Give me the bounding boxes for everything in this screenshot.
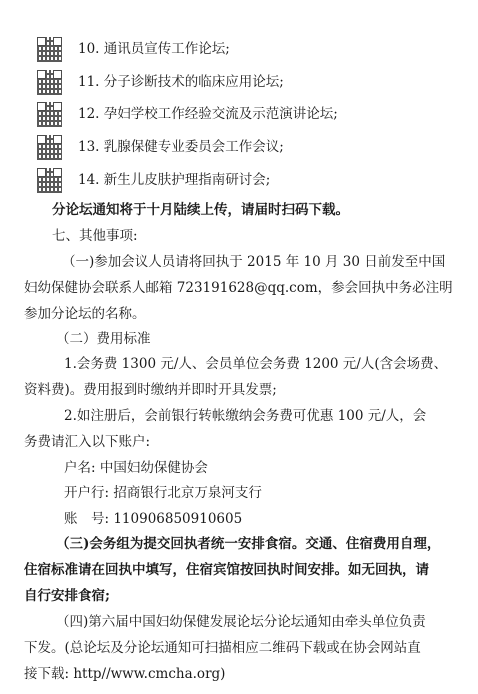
item1-line1: （一)参加会议人员请将回执于 2015 年 10 月 30 日前发至中国 [62,253,445,271]
bank-name: 开户行: 招商银行北京万泉河支行 [64,484,262,502]
forum-notice: 分论坛通知将于十月陆续上传，请届时扫码下载。 [52,201,349,219]
item4-line1: （四)第六届中国妇幼保健发展论坛分论坛通知由牵头单位负责 [56,613,426,631]
qr-code-icon [37,168,62,193]
forum-item-14: 14. 新生儿皮肤护理指南研讨会; [78,171,270,189]
account-number: 账 号: 110906850910605 [64,510,242,528]
forum-item-13: 13. 乳腺保健专业委员会工作会议; [78,138,284,156]
forum-item-11: 11. 分子诊断技术的临床应用论坛; [78,73,284,91]
section-heading: 七、其他事项: [52,227,138,245]
item1-line3: 参加分论坛的名称。 [24,305,146,323]
item3-line3: 自行安排食宿; [24,587,110,605]
item2-p1-line1: 1.会务费 1300 元/人、会员单位会务费 1200 元/人(含会场费、 [64,355,447,373]
account-name: 户名: 中国妇幼保健协会 [64,459,208,477]
forum-item-12: 12. 孕妇学校工作经验交流及示范演讲论坛; [78,105,338,123]
item2-heading: （二）费用标准 [56,330,151,348]
item2-p2-line2: 务费请汇入以下账户: [24,433,150,451]
item4-line3: 接下载: http//www.cmcha.org) [24,665,225,683]
forum-item-10: 10. 通讯员宣传工作论坛; [78,40,230,58]
qr-code-icon [37,135,62,160]
qr-code-icon [37,37,62,62]
item3-line1: （三)会务组为提交回执者统一安排食宿。交通、住宿费用自理， [56,535,440,553]
item4-line2: 下发。(总论坛及分论坛通知可扫描相应二维码下载或在协会网站直 [24,639,421,657]
item2-p1-line2: 资料费)。费用报到时缴纳并即时开具发票; [24,381,277,399]
item3-line2: 住宿标准请在回执中填写，住宿宾馆按回执时间安排。如无回执，请 [24,561,429,579]
item2-p2-line1: 2.如注册后，会前银行转帐缴纳会务费可优惠 100 元/人，会 [64,407,426,425]
qr-code-icon [37,102,62,127]
qr-code-icon [37,70,62,95]
item1-line2: 妇幼保健协会联系人邮箱 723191628@qq.com，参会回执中务必注明 [24,279,453,297]
